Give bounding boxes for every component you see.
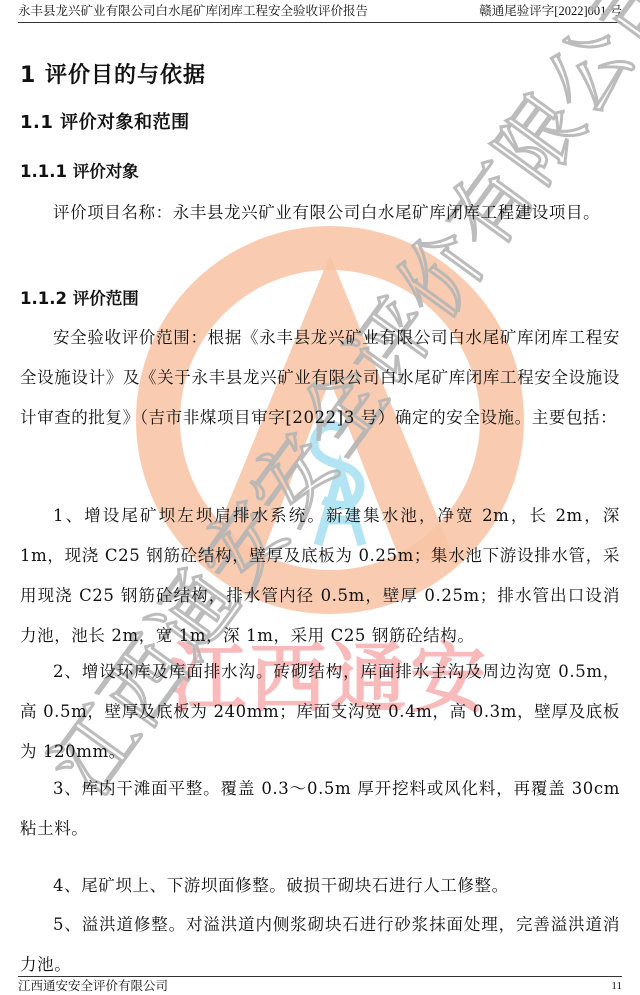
- list-item: 5、溢洪道修整。对溢洪道内侧浆砌块石进行砂浆抹面处理，完善溢洪道消力池。: [20, 905, 620, 985]
- document-title: 永丰县龙兴矿业有限公司白水尾矿库闭库工程安全验收评价报告: [18, 2, 368, 22]
- list-item: 2、增设环库及库面排水沟。砖砌结构，库面排水主沟及周边沟宽 0.5m，高 0.5…: [20, 652, 620, 772]
- paragraph-evaluation-scope: 安全验收评价范围：根据《永丰县龙兴矿业有限公司白水尾矿库闭库工程安全设施设计》及…: [20, 318, 620, 438]
- list-item: 1、增设尾矿坝左坝肩排水系统。新建集水池，净宽 2m，长 2m，深 1m，现浇 …: [20, 496, 620, 656]
- subsection-heading-evaluation-scope: 1.1.2 评价范围: [20, 285, 139, 309]
- list-item: 4、尾矿坝上、下游坝面修整。破损干砌块石进行人工修整。: [20, 866, 620, 906]
- list-item: 3、库内干滩面平整。覆盖 0.3～0.5m 厚开挖料或风化料，再覆盖 30cm …: [20, 769, 620, 849]
- section-heading: 1.1 评价对象和范围: [20, 108, 190, 134]
- chapter-heading: 1 评价目的与依据: [20, 58, 206, 89]
- paragraph-evaluation-object: 评价项目名称：永丰县龙兴矿业有限公司白水尾矿库闭库工程建设项目。: [20, 193, 620, 233]
- page-header: 永丰县龙兴矿业有限公司白水尾矿库闭库工程安全验收评价报告 赣通尾验评字[2022…: [18, 2, 622, 23]
- subsection-heading-evaluation-object: 1.1.1 评价对象: [20, 158, 139, 182]
- document-number: 赣通尾验评字[2022]001 号: [479, 2, 622, 22]
